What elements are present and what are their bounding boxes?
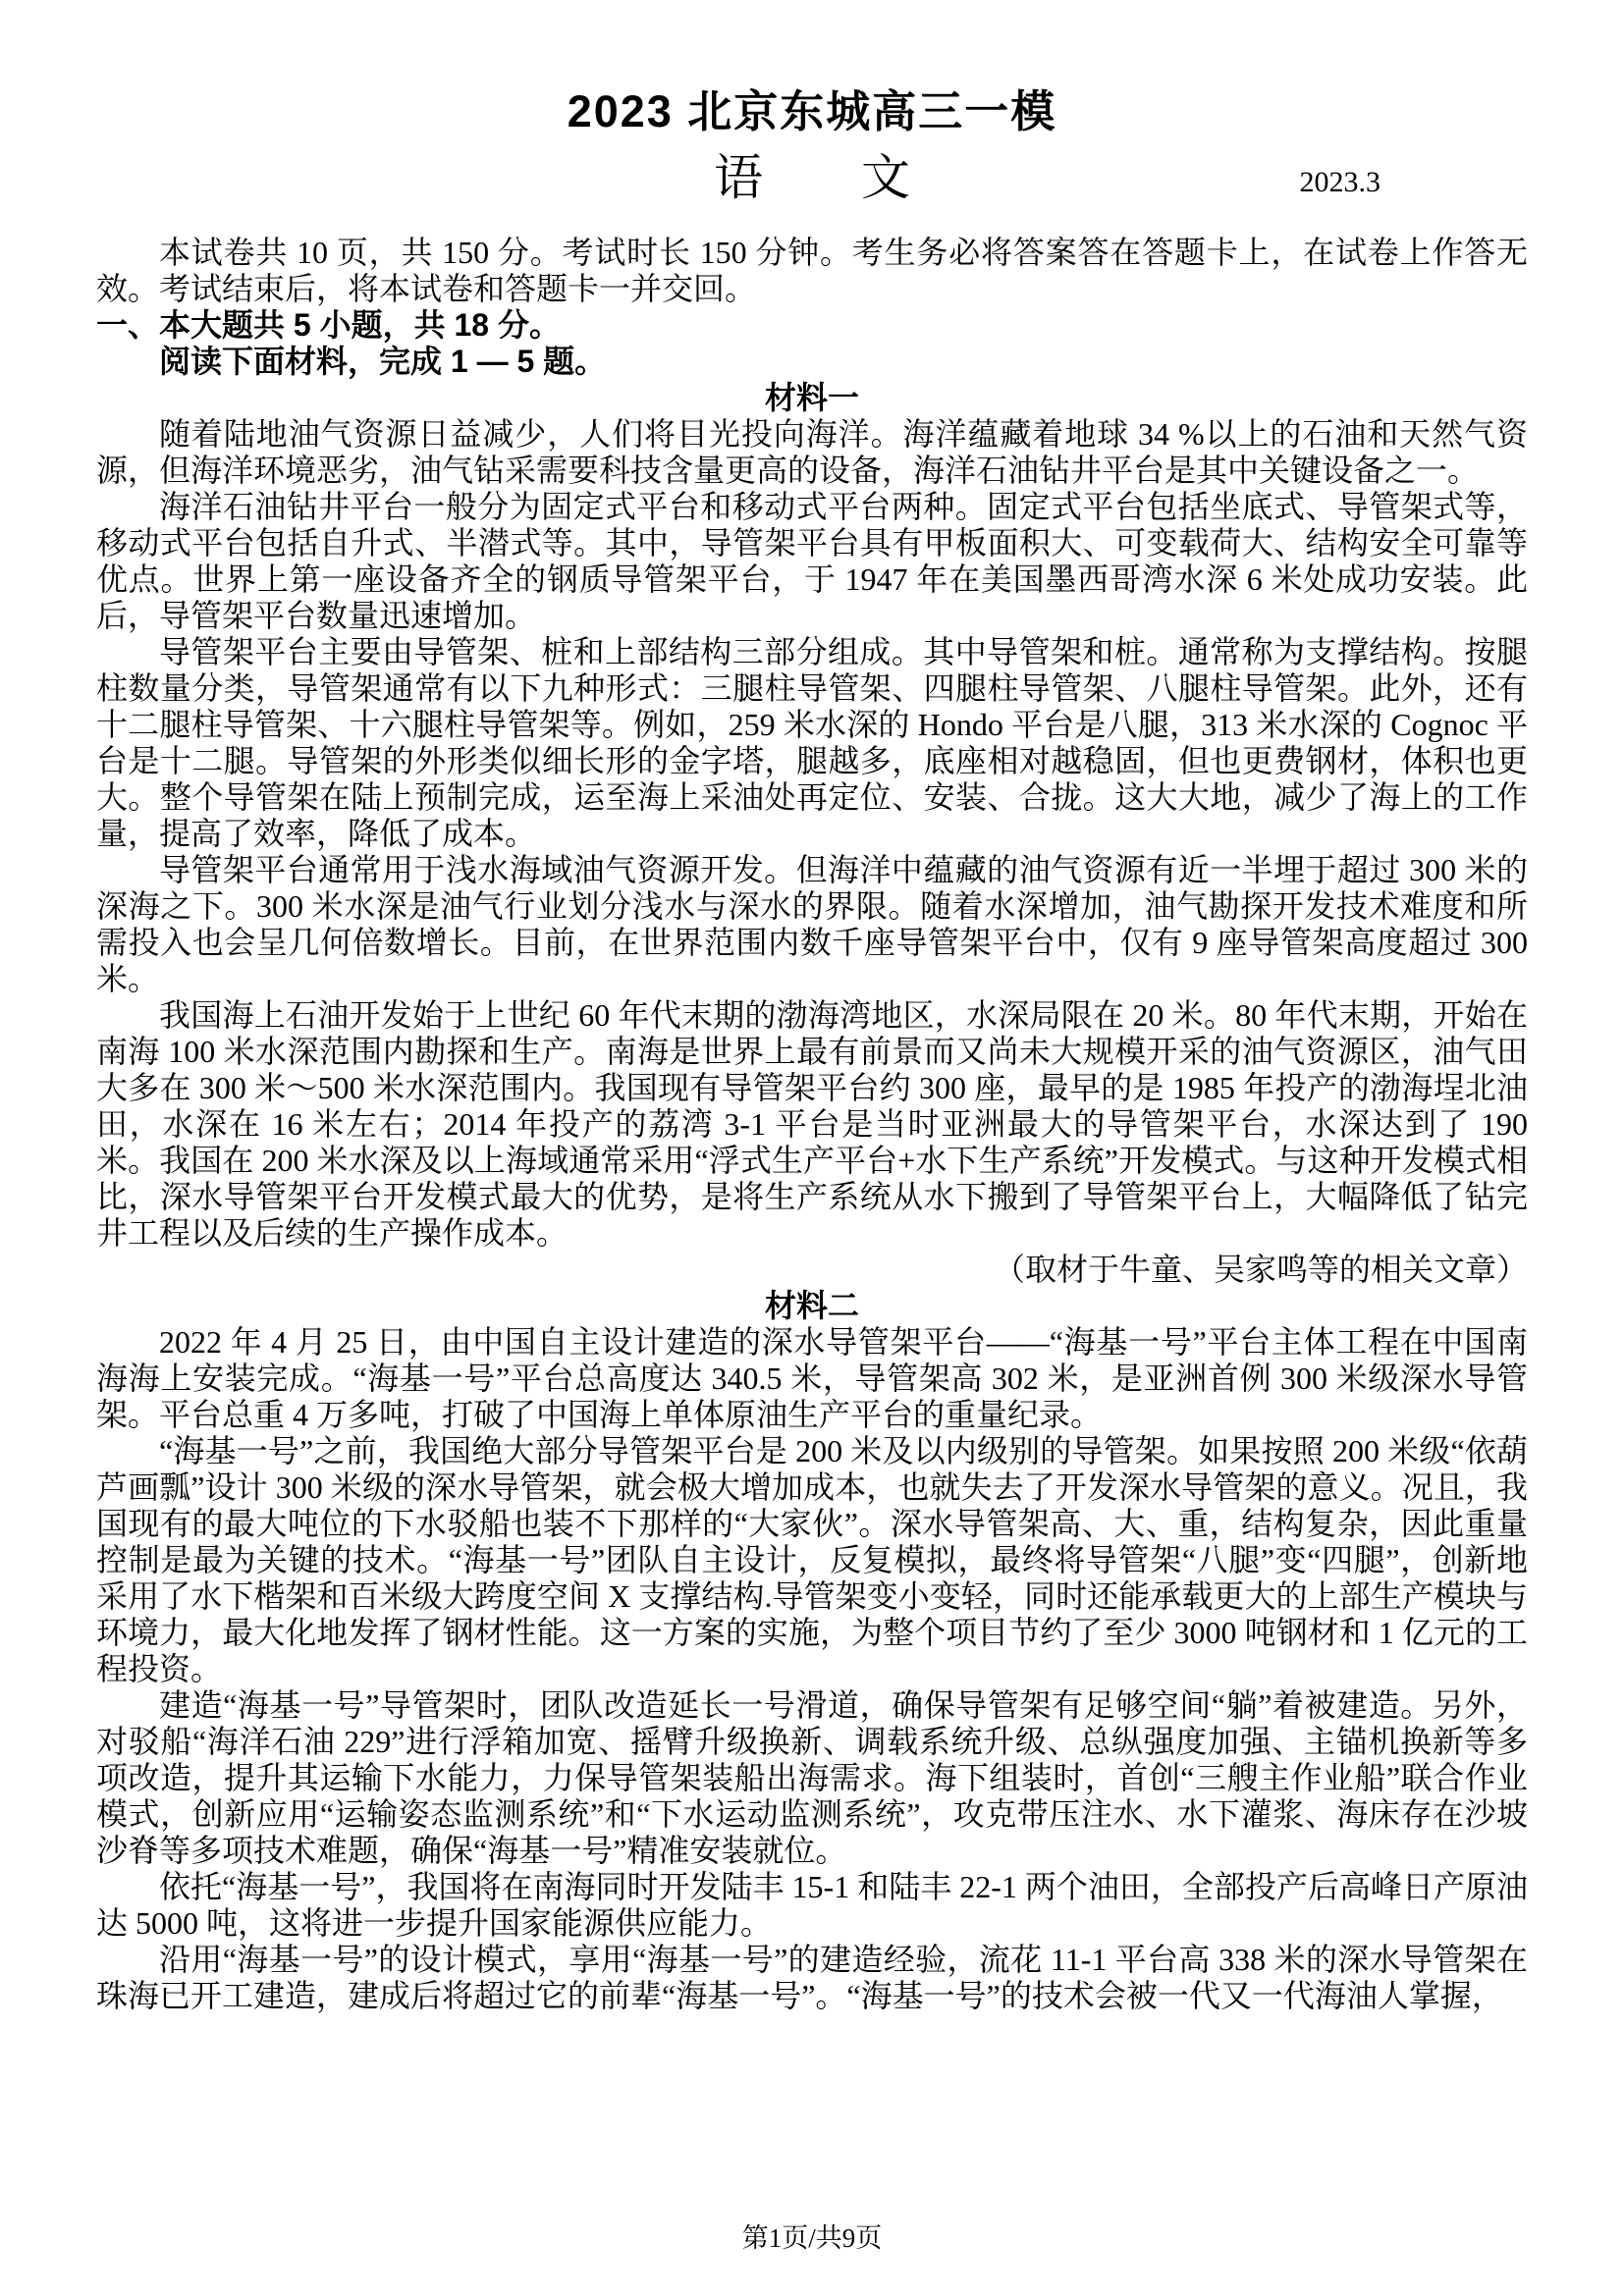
subject-title: 语 文	[714, 151, 910, 205]
subject-row: 语 文 2023.3	[96, 151, 1528, 205]
material-two-paragraph: 依托“海基一号”，我国将在南海同时开发陆丰 15-1 和陆丰 22-1 两个油田…	[96, 1869, 1528, 1942]
exam-page: 2023 北京东城高三一模 语 文 2023.3 本试卷共 10 页，共 150…	[0, 0, 1624, 2296]
section-one-heading: 一、本大题共 5 小题，共 18 分。	[96, 307, 1528, 344]
material-one-paragraph: 导管架平台通常用于浅水海域油气资源开发。但海洋中蕴藏的油气资源有近一半埋于超过 …	[96, 852, 1528, 997]
material-two-paragraph: 2022 年 4 月 25 日，由中国自主设计建造的深水导管架平台——“海基一号…	[96, 1324, 1528, 1433]
material-one-paragraph: 随着陆地油气资源日益减少，人们将目光投向海洋。海洋蕴藏着地球 34 %以上的石油…	[96, 416, 1528, 489]
material-one-paragraph: 我国海上石油开发始于上世纪 60 年代末期的渤海湾地区，水深局限在 20 米。8…	[96, 997, 1528, 1252]
material-one-source: （取材于牛童、吴家鸣等的相关文章）	[96, 1252, 1528, 1288]
material-one-paragraph: 导管架平台主要由导管架、桩和上部结构三部分组成。其中导管架和桩。通常称为支撑结构…	[96, 634, 1528, 852]
material-two-paragraph: “海基一号”之前，我国绝大部分导管架平台是 200 米及以内级别的导管架。如果按…	[96, 1433, 1528, 1687]
material-two-paragraph: 建造“海基一号”导管架时，团队改造延长一号滑道，确保导管架有足够空间“躺”着被建…	[96, 1687, 1528, 1869]
material-one-paragraph: 海洋石油钻井平台一般分为固定式平台和移动式平台两种。固定式平台包括坐底式、导管架…	[96, 489, 1528, 634]
material-two-paragraph: 沿用“海基一号”的设计模式，享用“海基一号”的建造经验，流花 11-1 平台高 …	[96, 1942, 1528, 2014]
exam-date: 2023.3	[1300, 166, 1381, 199]
page-title: 2023 北京东城高三一模	[96, 86, 1528, 137]
page-number: 第1页/共9页	[0, 2216, 1624, 2255]
material-one-heading: 材料一	[96, 380, 1528, 416]
material-two-heading: 材料二	[96, 1288, 1528, 1324]
section-one-directions: 阅读下面材料，完成 1 — 5 题。	[96, 344, 1528, 380]
exam-instructions: 本试卷共 10 页，共 150 分。考试时长 150 分钟。考生务必将答案答在答…	[96, 235, 1528, 307]
